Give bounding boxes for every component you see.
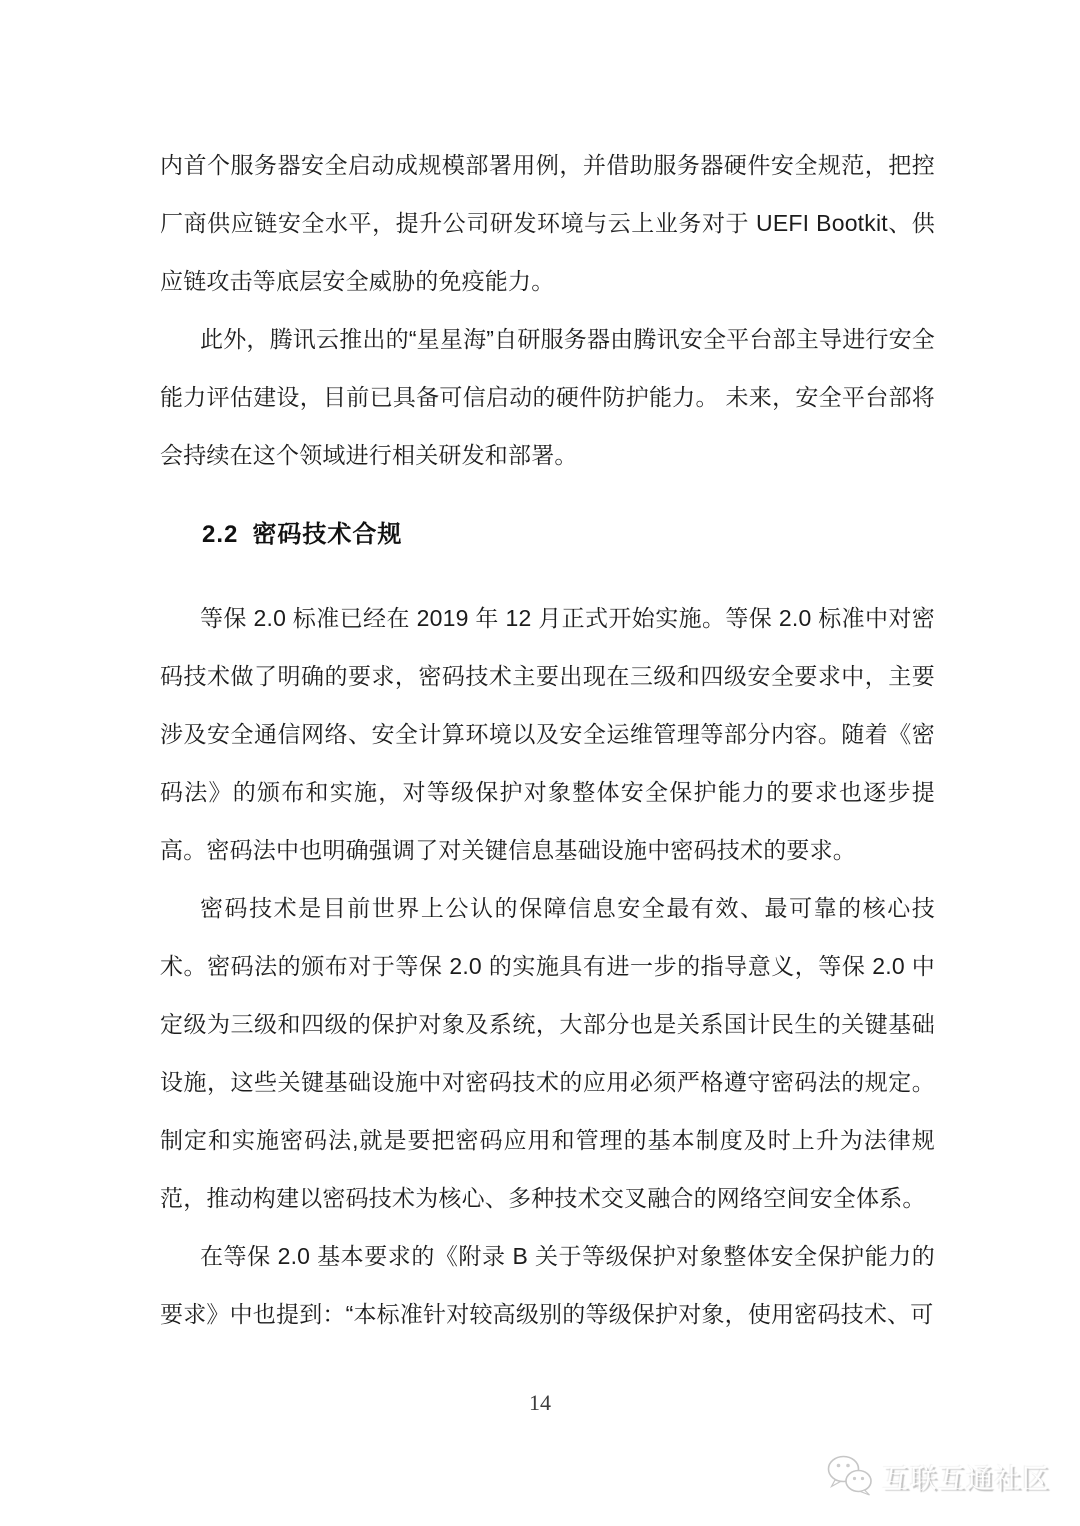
wechat-icon bbox=[826, 1454, 874, 1498]
section-heading: 2.2密码技术合规 bbox=[160, 506, 935, 564]
page-number: 14 bbox=[529, 1390, 551, 1415]
section-heading-number: 2.2 bbox=[202, 521, 238, 548]
document-content: 内首个服务器安全启动成规模部署用例，并借助服务器硬件安全规范，把控厂商供应链安全… bbox=[160, 136, 935, 1343]
paragraph-xingxinghai: 此外，腾讯云推出的“星星海”自研服务器由腾讯安全平台部主导进行安全能力评估建设，… bbox=[160, 310, 935, 484]
paragraph-appendix-b: 在等保 2.0 基本要求的《附录 B 关于等级保护对象整体安全保护能力的要求》中… bbox=[160, 1227, 935, 1343]
page-footer: 14 bbox=[0, 1390, 1080, 1416]
paragraph-crypto-core-tech: 密码技术是目前世界上公认的保障信息安全最有效、最可靠的核心技术。密码法的颁布对于… bbox=[160, 879, 935, 1227]
section-heading-title: 密码技术合规 bbox=[252, 521, 402, 548]
document-page: 内首个服务器安全启动成规模部署用例，并借助服务器硬件安全规范，把控厂商供应链安全… bbox=[0, 0, 1080, 1526]
watermark: 互联互通社区 bbox=[826, 1454, 1050, 1498]
watermark-label: 互联互通社区 bbox=[882, 1457, 1050, 1496]
paragraph-server-security: 内首个服务器安全启动成规模部署用例，并借助服务器硬件安全规范，把控厂商供应链安全… bbox=[160, 136, 935, 310]
paragraph-dengbao-standard: 等保 2.0 标准已经在 2019 年 12 月正式开始实施。等保 2.0 标准… bbox=[160, 589, 935, 879]
